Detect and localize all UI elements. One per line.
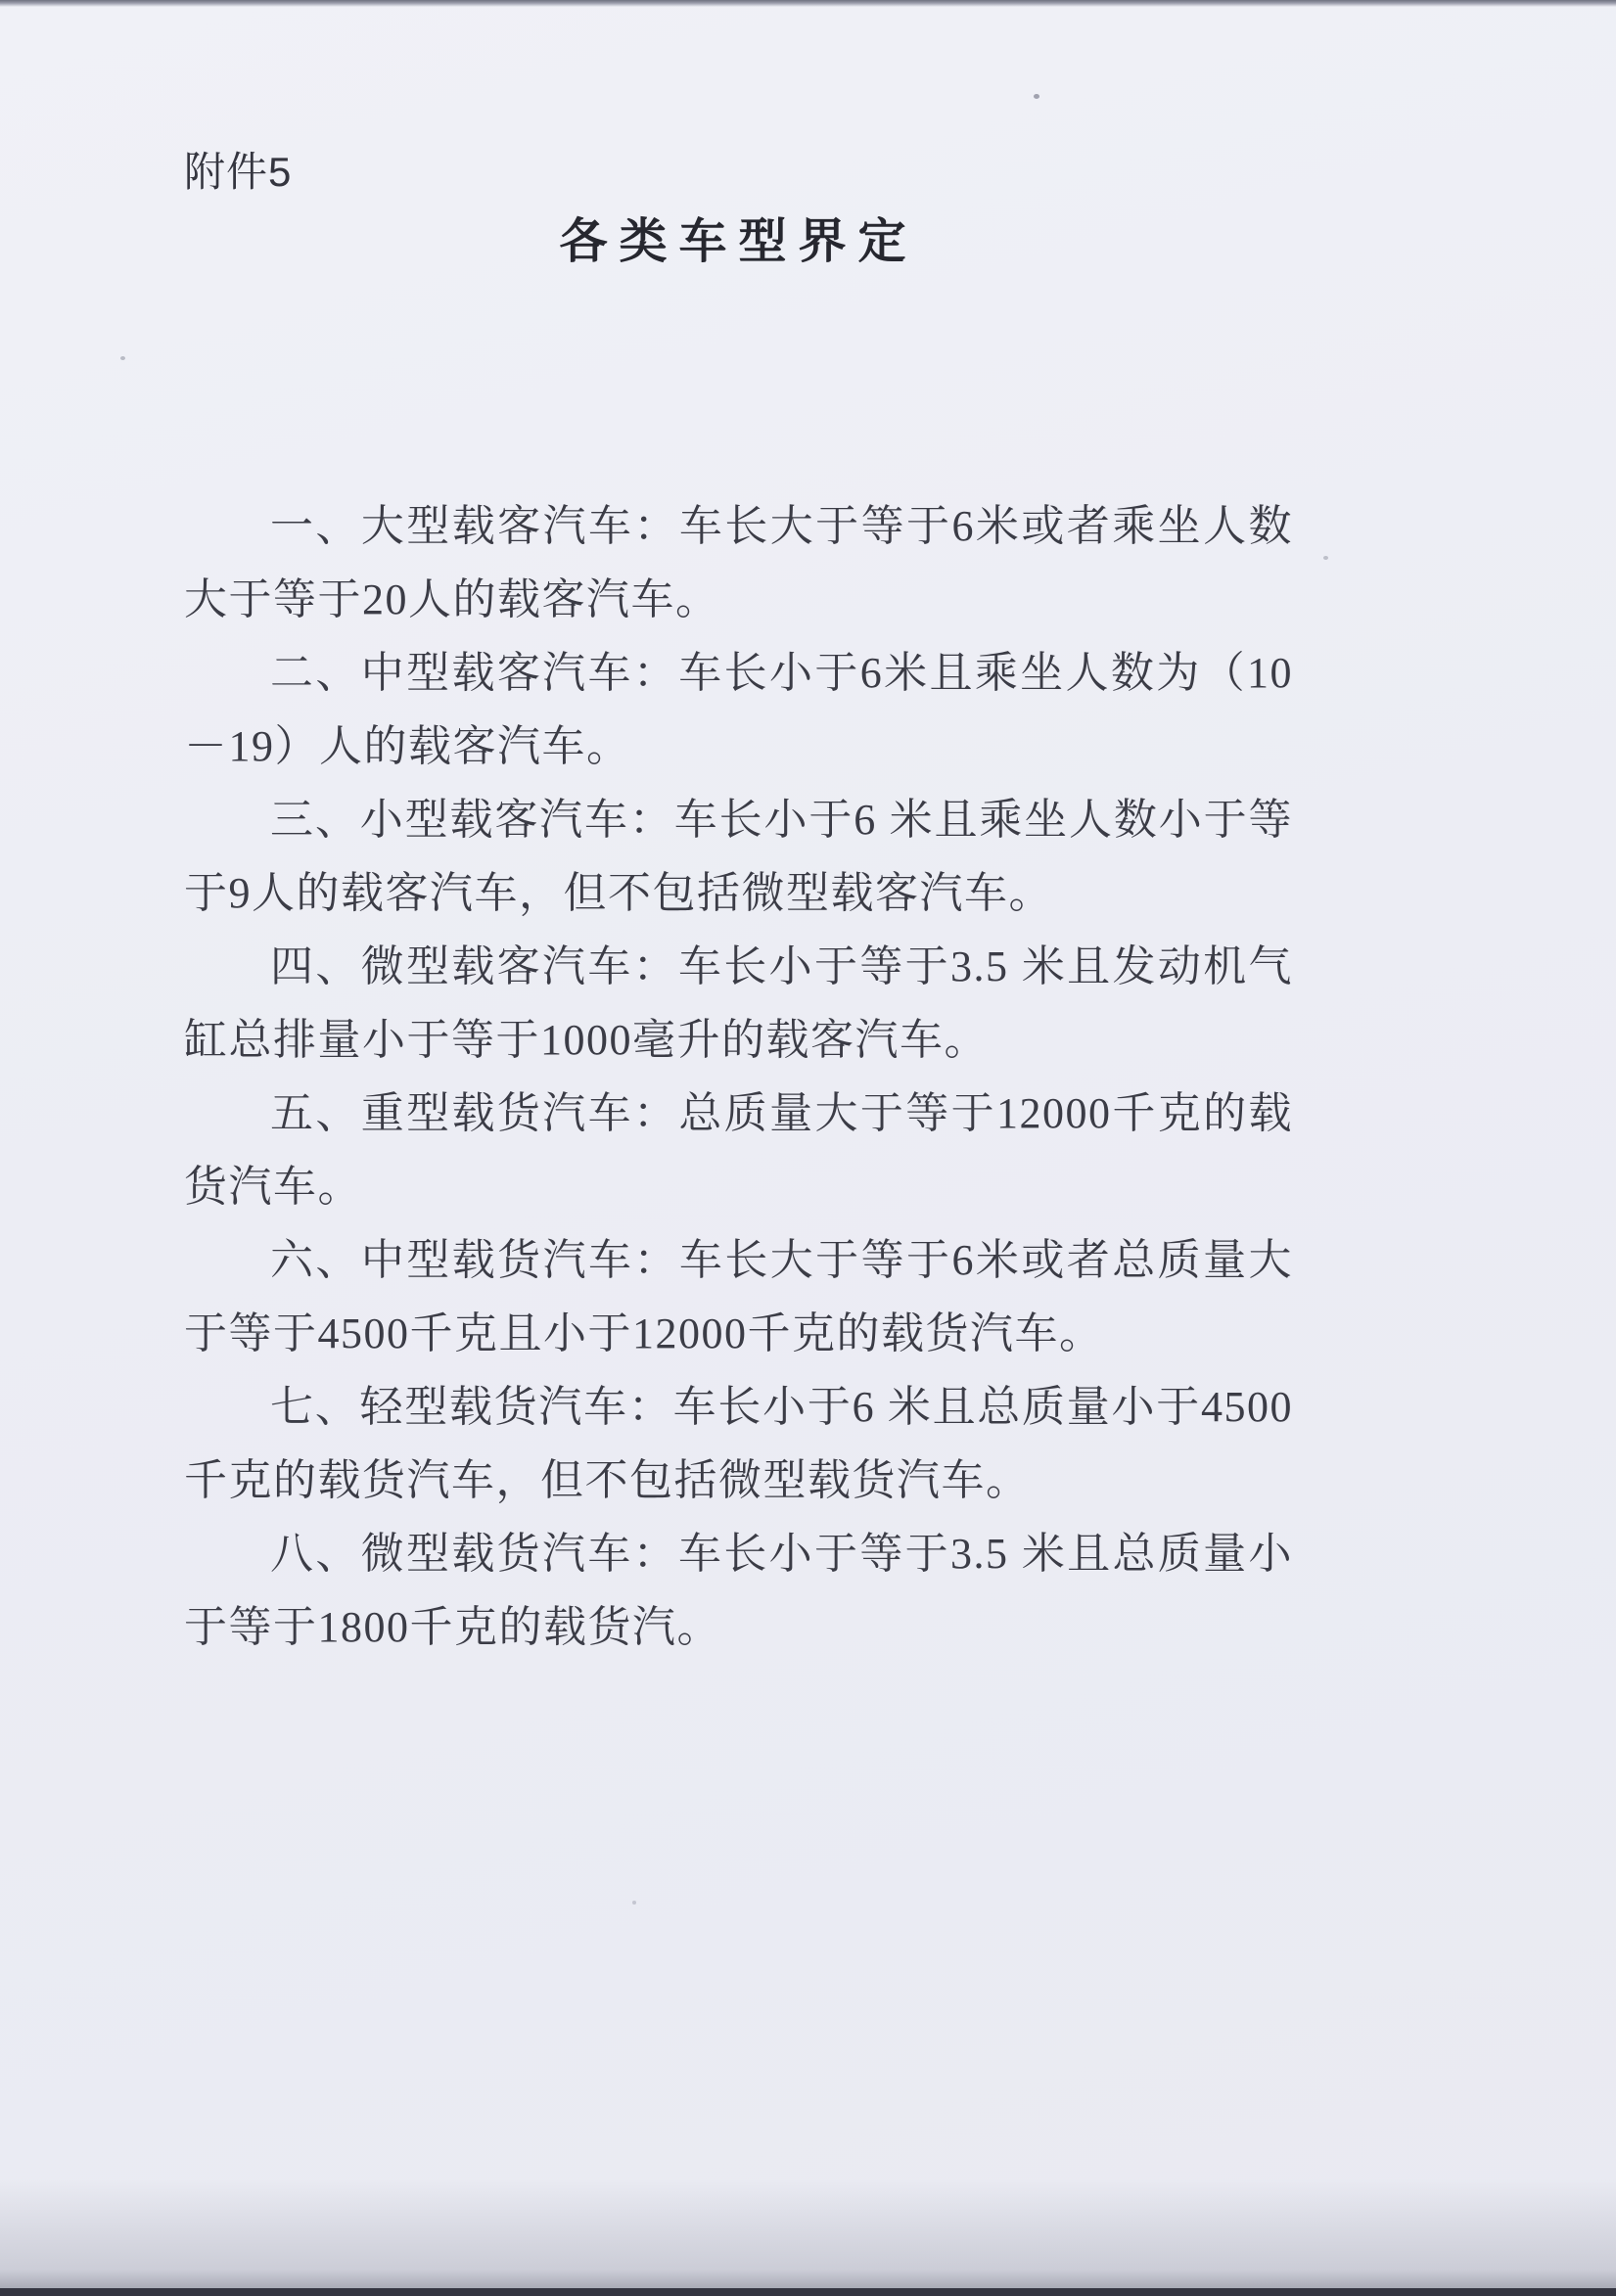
document-content: 附件5 各类车型界定 一、大型载客汽车：车长大于等于6米或者乘坐人数大于等于20… <box>0 0 1616 1664</box>
scan-speck <box>120 356 125 360</box>
definition-paragraph-5: 五、重型载货汽车：总质量大于等于12000千克的载货汽车。 <box>184 1077 1293 1223</box>
scan-speck <box>632 1901 636 1905</box>
definition-paragraph-8: 八、微型载货汽车：车长小于等于3.5 米且总质量小于等于1800千克的载货汽。 <box>184 1517 1293 1664</box>
definition-paragraph-1: 一、大型载客汽车：车长大于等于6米或者乘坐人数大于等于20人的载客汽车。 <box>184 489 1293 636</box>
definition-paragraph-3: 三、小型载客汽车：车长小于6 米且乘坐人数小于等于9人的载客汽车，但不包括微型载… <box>184 783 1293 930</box>
scanned-document-page: 附件5 各类车型界定 一、大型载客汽车：车长大于等于6米或者乘坐人数大于等于20… <box>0 0 1616 2296</box>
scan-speck <box>1034 94 1039 99</box>
scan-edge-bottom-shadow <box>0 2179 1616 2296</box>
definition-paragraph-7: 七、轻型载货汽车：车长小于6 米且总质量小于4500 千克的载货汽车，但不包括微… <box>184 1370 1293 1517</box>
attachment-label: 附件5 <box>184 147 1293 198</box>
definition-paragraph-6: 六、中型载货汽车：车长大于等于6米或者总质量大于等于4500千克且小于12000… <box>184 1223 1293 1370</box>
document-title: 各类车型界定 <box>184 211 1293 272</box>
definition-paragraph-4: 四、微型载客汽车：车长小于等于3.5 米且发动机气缸总排量小于等于1000毫升的… <box>184 930 1293 1077</box>
definition-list: 一、大型载客汽车：车长大于等于6米或者乘坐人数大于等于20人的载客汽车。 二、中… <box>184 489 1293 1664</box>
scan-edge-bottom <box>0 2288 1616 2296</box>
scan-speck <box>1323 556 1328 560</box>
definition-paragraph-2: 二、中型载客汽车：车长小于6米且乘坐人数为（10－19）人的载客汽车。 <box>184 636 1293 783</box>
